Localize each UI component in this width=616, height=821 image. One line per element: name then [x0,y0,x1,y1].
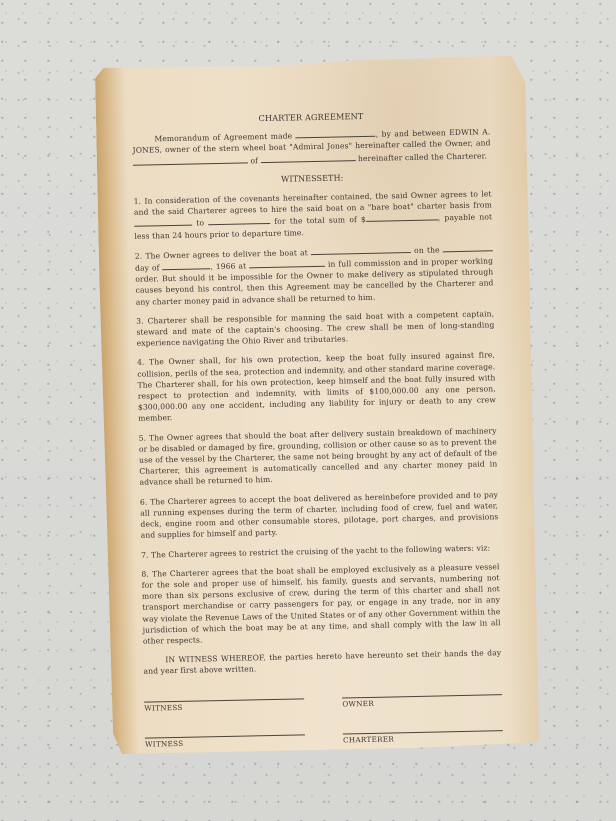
charterer-name-blank [133,154,248,165]
clause-2: 2. The Owner agrees to deliver the boat … [135,242,494,308]
charterer-address-blank [260,152,355,163]
clause-3: 3. Charterer shall be responsible for ma… [136,308,495,349]
clause-8: 8. The Charterer agrees that the boat sh… [141,561,501,647]
from-date-blank [134,217,192,227]
delivery-day-blank [443,242,493,252]
clause-7: 7. The Charterer agrees to restrict the … [141,542,499,561]
signature-row-2: WITNESS CHARTERER [145,720,503,750]
document-title: CHARTER AGREEMENT [132,108,490,127]
delivery-time-blank [249,258,325,269]
closing-paragraph: IN WITNESS WHEREOF, the parties hereto h… [143,647,501,677]
clause-1: 1. In consideration of the covenants her… [134,188,493,241]
charterer-signature: CHARTERER [343,720,503,746]
sum-blank [366,212,438,223]
witnesseth-heading: WITNESSETH: [133,169,491,188]
clause-6: 6. The Charterer agrees to accept the bo… [140,489,499,541]
intro-paragraph: Memorandum of Agreement made , by and be… [132,126,491,169]
document-body: CHARTER AGREEMENT Memorandum of Agreemen… [132,108,503,749]
signature-row-1: WITNESS OWNER [144,684,502,714]
delivery-location-blank [311,244,411,255]
witness-signature-2: WITNESS [145,724,305,750]
date-blank [296,128,376,139]
to-date-blank [208,215,270,225]
clause-5: 5. The Owner agrees that should the boat… [139,425,498,489]
charter-agreement-paper: CHARTER AGREEMENT Memorandum of Agreemen… [95,56,539,755]
owner-signature: OWNER [342,684,502,710]
delivery-month-blank [162,260,210,270]
witness-signature-1: WITNESS [144,688,304,714]
clause-4: 4. The Owner shall, for his own protecti… [137,350,496,425]
